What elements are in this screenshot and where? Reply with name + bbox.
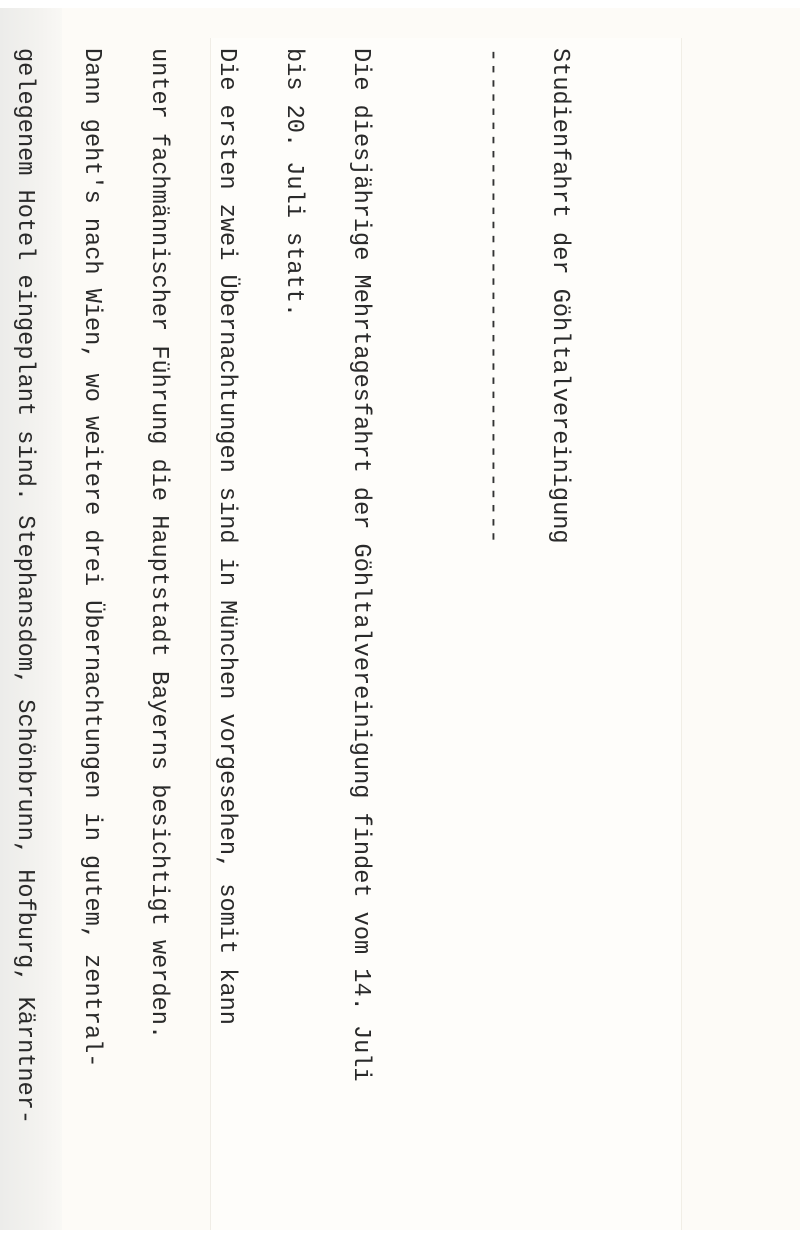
body-line: unter fachmännischer Führung die Hauptst… — [147, 48, 169, 1228]
body-line: bis 20. Juli statt. — [281, 48, 303, 1228]
scan-top-margin — [0, 0, 800, 8]
scan-bottom-margin — [0, 1230, 800, 1238]
body-line: gelegenem Hotel eingeplant sind. Stephan… — [13, 48, 35, 1228]
body-line: Dann geht's nach Wien, wo weitere drei Ü… — [80, 48, 102, 1228]
rotated-text-block: Studienfahrt der Göhltalvereinigung ----… — [0, 48, 615, 1228]
body-line: Die diesjährige Mehrtagesfahrt der Göhlt… — [349, 48, 371, 1228]
spacer — [416, 48, 436, 1228]
document-title: Studienfahrt der Göhltalvereinigung — [548, 48, 570, 1228]
title-underline: ----------------------------------- — [481, 48, 503, 1228]
body-line: Die ersten zwei Übernachtungen sind in M… — [214, 48, 236, 1228]
